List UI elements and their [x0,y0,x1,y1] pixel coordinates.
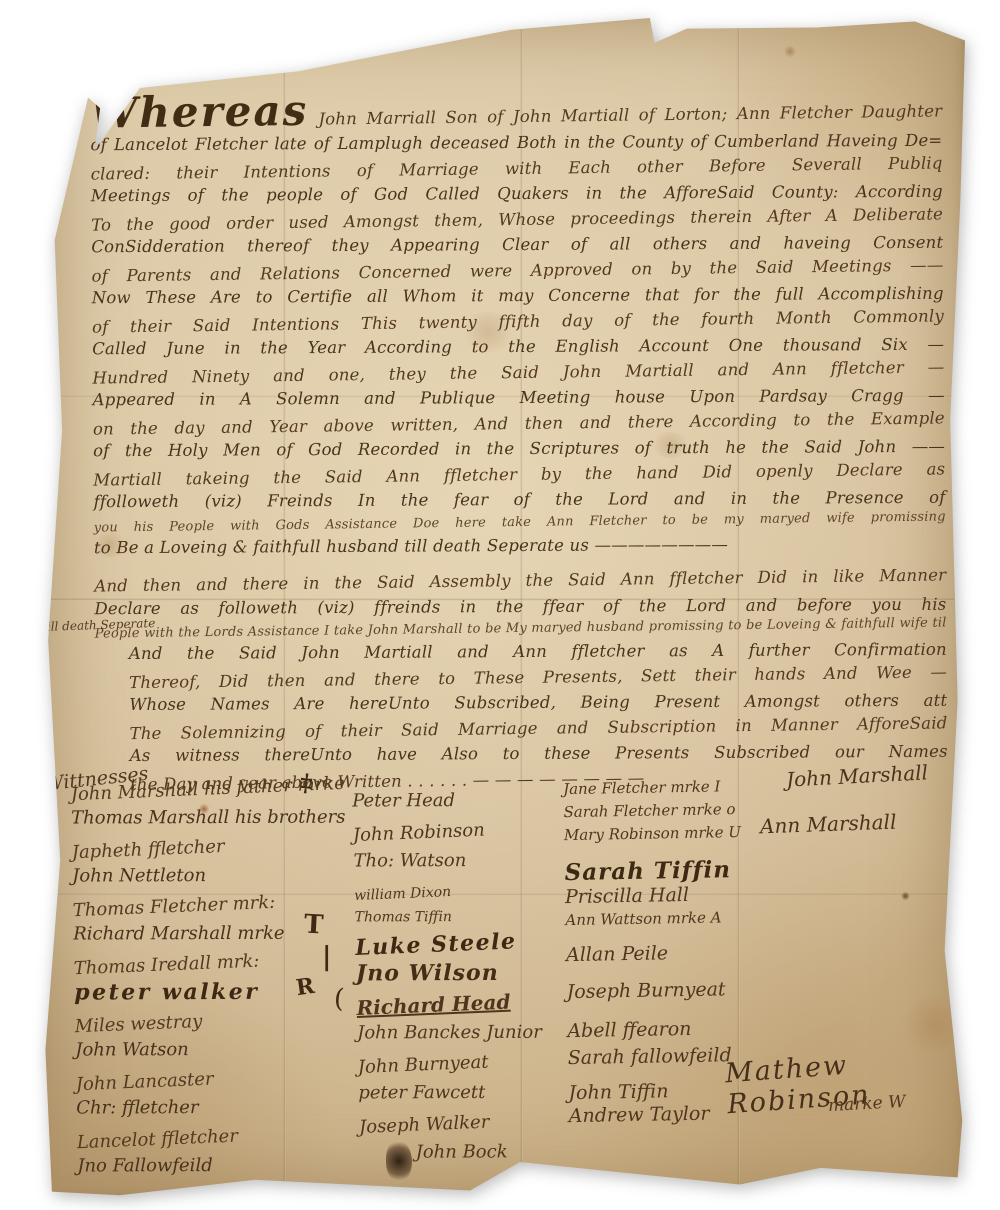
signature: John Burnyeat [357,1047,598,1079]
manuscript-line-text: John Marriall Son of John Martiall of Lo… [318,101,942,128]
signature: Allan Peile [566,942,806,965]
signature: Thomas Tiffin [355,906,595,929]
signature: Richard Head [356,987,597,1019]
bride-signature: Ann Marshall [760,810,897,839]
signature: John Watson [75,1038,375,1061]
signature: peter walker [74,980,374,1003]
manuscript-body: WhereasJohn Marriall Son of John Martial… [90,82,948,795]
signature: Jno Wilson [356,962,596,985]
signature: Chr: ffletcher [76,1096,376,1119]
signature: william Dixon [354,875,595,907]
manuscript-line: WhereasJohn Marriall Son of John Martial… [90,80,943,135]
signature: Peter Head [352,790,592,813]
signature: Japheth ffletcher [71,830,372,865]
paper-sheet: WhereasJohn Marriall Son of John Martial… [38,12,965,1200]
aged-paper: WhereasJohn Marriall Son of John Martial… [38,12,965,1200]
signature: Joseph Burnyeat [567,979,807,1002]
signature: John Nettleton [72,864,372,887]
signature: Jno Fallowfeild [77,1154,377,1177]
signature: John Bock [416,1141,600,1164]
signature: Thomas Marshall his brothers [71,807,371,830]
signature: Sarah Tiffin [564,859,804,882]
signature: Abell ffearon [567,1018,807,1041]
signature: Miles westray [74,1004,375,1039]
signature: Luke Steele [355,927,596,959]
signature: Lancelot ffletcher [76,1120,377,1155]
signature: Richard Marshall mrke [73,922,373,945]
opening-word: Whereas [90,86,319,138]
signature: Priscilla Hall [565,884,805,907]
witness-column-middle: Peter Head John Robinson Tho: Watson wil… [352,788,600,1175]
signature: Joseph Walker [359,1107,600,1139]
signature: peter Fawcett [358,1082,598,1105]
signature: John Robinson [353,815,594,847]
signature: Ann Wattson mrke A [565,907,805,930]
witness-column-left: John Marshall his father mrke Thomas Mar… [70,775,377,1186]
foxing-stain [783,46,797,57]
signature: Thomas Fletcher mrk: [72,888,373,923]
signature: Jane Fletcher mrke I [563,776,803,799]
signature: John Lancaster [75,1062,376,1097]
manuscript-line: to Be a Loveing & faithfull husband till… [94,530,946,560]
signature: Thomas Iredall mrk: [73,946,374,981]
signature-mark-label: marke W [828,1092,907,1116]
signature: Tho: Watson [353,850,593,873]
photo-backdrop: WhereasJohn Marriall Son of John Martial… [0,0,1000,1210]
signature: John Banckes Junior [357,1022,597,1045]
